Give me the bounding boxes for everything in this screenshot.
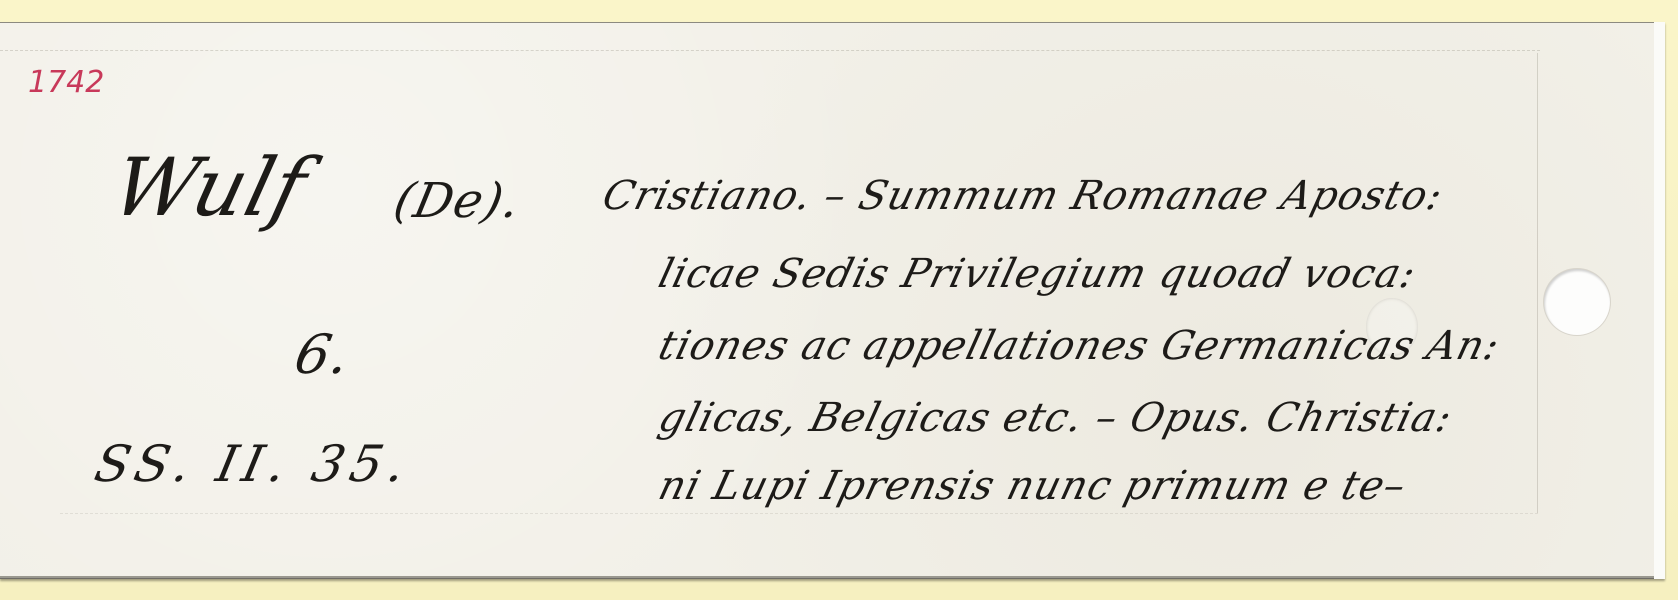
annotation-number: 1742 <box>28 65 104 100</box>
shelfmark: SS. II. 35. <box>90 435 417 493</box>
plate-mark-right <box>1537 53 1538 513</box>
plate-mark-bottom <box>60 513 1538 514</box>
title-line: Cristiano. – Summum Romanae Aposto: <box>598 173 1448 219</box>
plate-mark-top <box>0 50 1540 51</box>
title-line: ni Lupi Iprensis nunc primum e te– <box>654 463 1411 509</box>
author-name: Wulf <box>103 141 316 234</box>
scanned-card-page: 1742 Wulf (De). 6. SS. II. 35. Cristiano… <box>0 0 1678 600</box>
volume-number: 6. <box>289 323 356 386</box>
title-line: licae Sedis Privilegium quoad voca: <box>654 251 1421 297</box>
author-qualifier: (De). <box>389 173 526 229</box>
title-line: glicas, Belgicas etc. – Opus. Christia: <box>654 395 1457 441</box>
catalogue-card: 1742 Wulf (De). 6. SS. II. 35. Cristiano… <box>0 22 1654 578</box>
punch-hole <box>1544 269 1610 335</box>
title-line: tiones ac appellationes Germanicas An: <box>654 323 1505 369</box>
